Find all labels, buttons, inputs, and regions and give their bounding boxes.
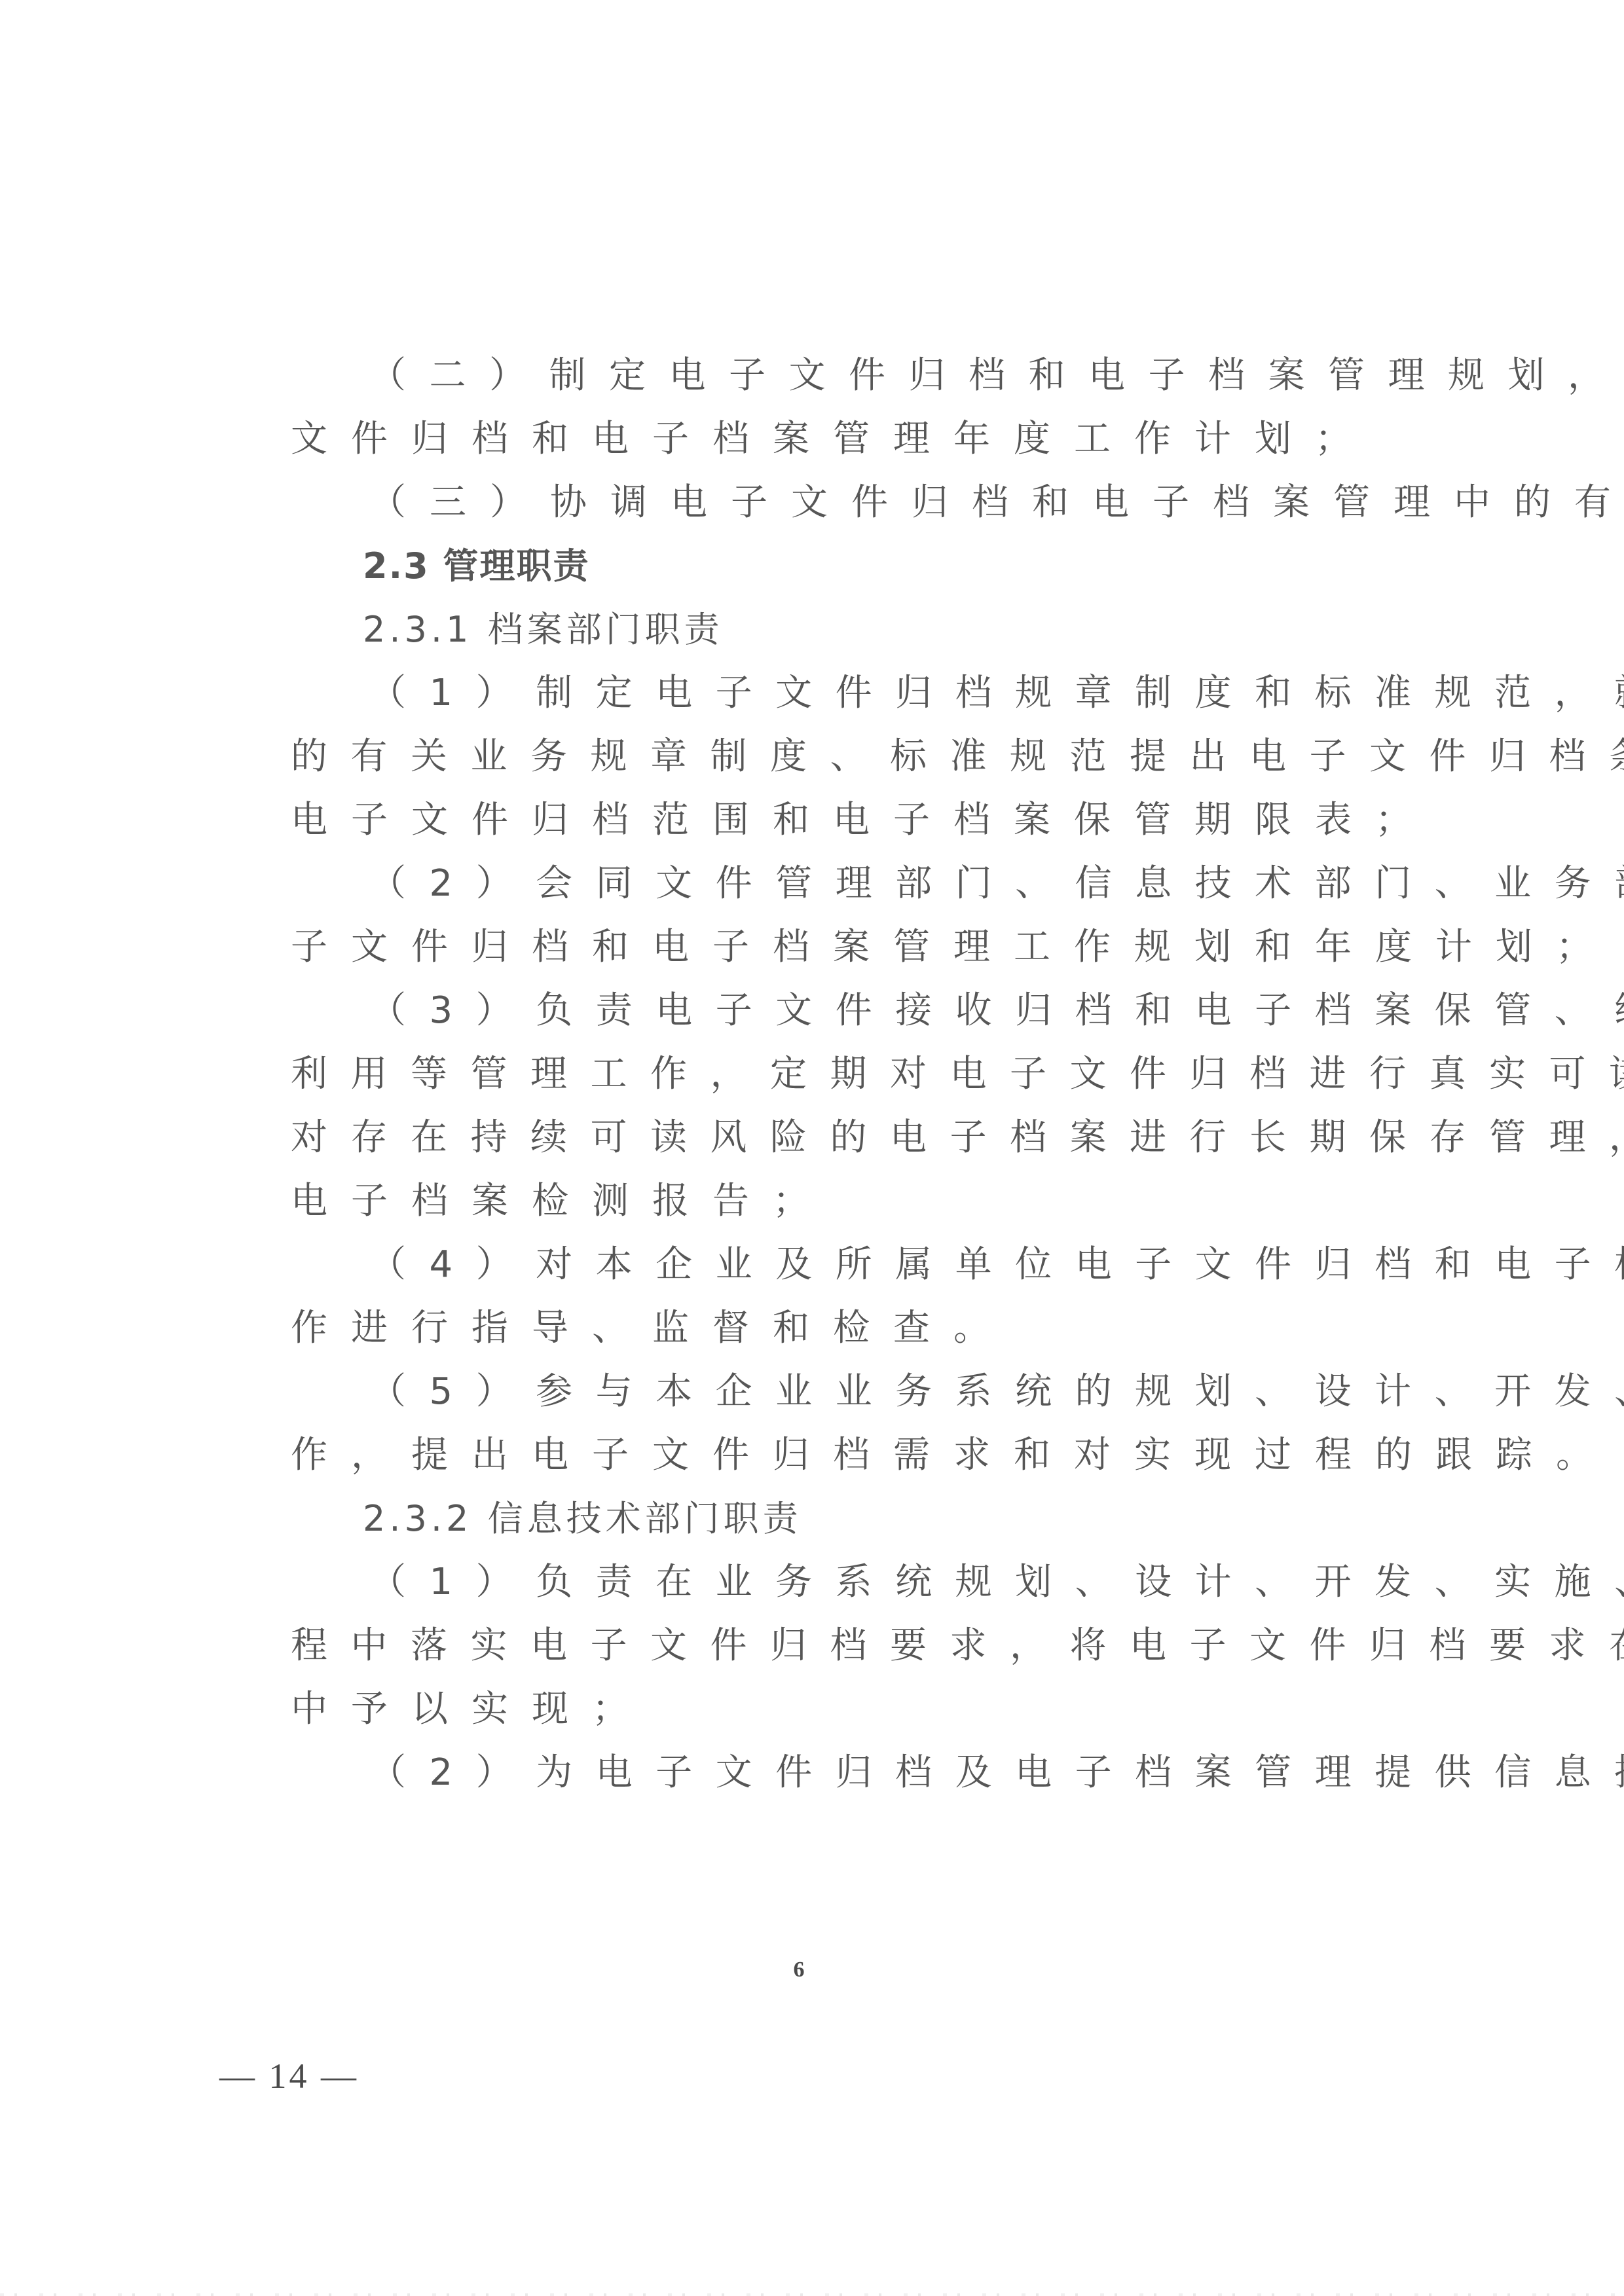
subsection-heading-2-3-1: 2.3.1 档案部门职责 — [291, 598, 1325, 661]
paragraph-archive-duty-3: （3）负责电子文件接收归档和电子档案保管、统计、提供 利用等管理工作，定期对电子… — [291, 979, 1325, 1233]
text-line: （2）会同文件管理部门、信息技术部门、业务部门制定电 — [291, 852, 1325, 915]
paragraph-item-3: （三）协调电子文件归档和电子档案管理中的有关问题。 — [291, 471, 1325, 534]
paragraph-archive-duty-5: （5）参与本企业业务系统的规划、设计、开发、实施等工 作，提出电子文件归档需求和… — [291, 1360, 1325, 1487]
text-line: 中予以实现； — [291, 1677, 1325, 1741]
paragraph-item-2: （二）制定电子文件归档和电子档案管理规划，审定电子 文件归档和电子档案管理年度工… — [291, 344, 1325, 471]
paragraph-archive-duty-1: （1）制定电子文件归档规章制度和标准规范，就企业制定 的有关业务规章制度、标准规… — [291, 661, 1325, 852]
text-line: （二）制定电子文件归档和电子档案管理规划，审定电子 — [291, 344, 1325, 407]
paragraph-it-duty-2: （2）为电子文件归档及电子档案管理提供信息技术支持； — [291, 1741, 1325, 1804]
text-line: 的有关业务规章制度、标准规范提出电子文件归档条款；制定 — [291, 725, 1325, 788]
text-line: 利用等管理工作，定期对电子文件归档进行真实可读性检查， — [291, 1042, 1325, 1106]
text-line: 程中落实电子文件归档要求，将电子文件归档要求在业务系统 — [291, 1614, 1325, 1677]
text-line: （3）负责电子文件接收归档和电子档案保管、统计、提供 — [291, 979, 1325, 1042]
text-line: 作进行指导、监督和检查。 — [291, 1296, 1325, 1360]
paragraph-archive-duty-2: （2）会同文件管理部门、信息技术部门、业务部门制定电 子文件归档和电子档案管理工… — [291, 852, 1325, 979]
text-line: （2）为电子文件归档及电子档案管理提供信息技术支持； — [291, 1741, 1325, 1804]
document-page: （二）制定电子文件归档和电子档案管理规划，审定电子 文件归档和电子档案管理年度工… — [0, 0, 1624, 2296]
section-heading-2-3: 2.3 管理职责 — [291, 534, 1325, 598]
paragraph-it-duty-1: （1）负责在业务系统规划、设计、开发、实施、运维等过 程中落实电子文件归档要求，… — [291, 1550, 1325, 1741]
text-line: （1）负责在业务系统规划、设计、开发、实施、运维等过 — [291, 1550, 1325, 1614]
text-line: （三）协调电子文件归档和电子档案管理中的有关问题。 — [291, 471, 1325, 534]
text-line: 对存在持续可读风险的电子档案进行长期保存管理，定期形成 — [291, 1106, 1325, 1169]
text-line: （4）对本企业及所属单位电子文件归档和电子档案管理工 — [291, 1233, 1325, 1296]
text-line: （5）参与本企业业务系统的规划、设计、开发、实施等工 — [291, 1360, 1325, 1423]
outer-page-number: — 14 — — [219, 2056, 359, 2096]
text-line: 电子档案检测报告； — [291, 1169, 1325, 1233]
paragraph-archive-duty-4: （4）对本企业及所属单位电子文件归档和电子档案管理工 作进行指导、监督和检查。 — [291, 1233, 1325, 1360]
scan-edge-artifact — [0, 2293, 1624, 2296]
subsection-heading-2-3-2: 2.3.2 信息技术部门职责 — [291, 1487, 1325, 1550]
text-line: （1）制定电子文件归档规章制度和标准规范，就企业制定 — [291, 661, 1325, 725]
inner-page-number: 6 — [786, 1958, 812, 1982]
document-body: （二）制定电子文件归档和电子档案管理规划，审定电子 文件归档和电子档案管理年度工… — [291, 344, 1325, 1804]
text-line: 文件归档和电子档案管理年度工作计划； — [291, 407, 1325, 471]
text-line: 电子文件归档范围和电子档案保管期限表； — [291, 788, 1325, 852]
text-line: 子文件归档和电子档案管理工作规划和年度计划； — [291, 915, 1325, 979]
text-line: 作，提出电子文件归档需求和对实现过程的跟踪。 — [291, 1423, 1325, 1487]
